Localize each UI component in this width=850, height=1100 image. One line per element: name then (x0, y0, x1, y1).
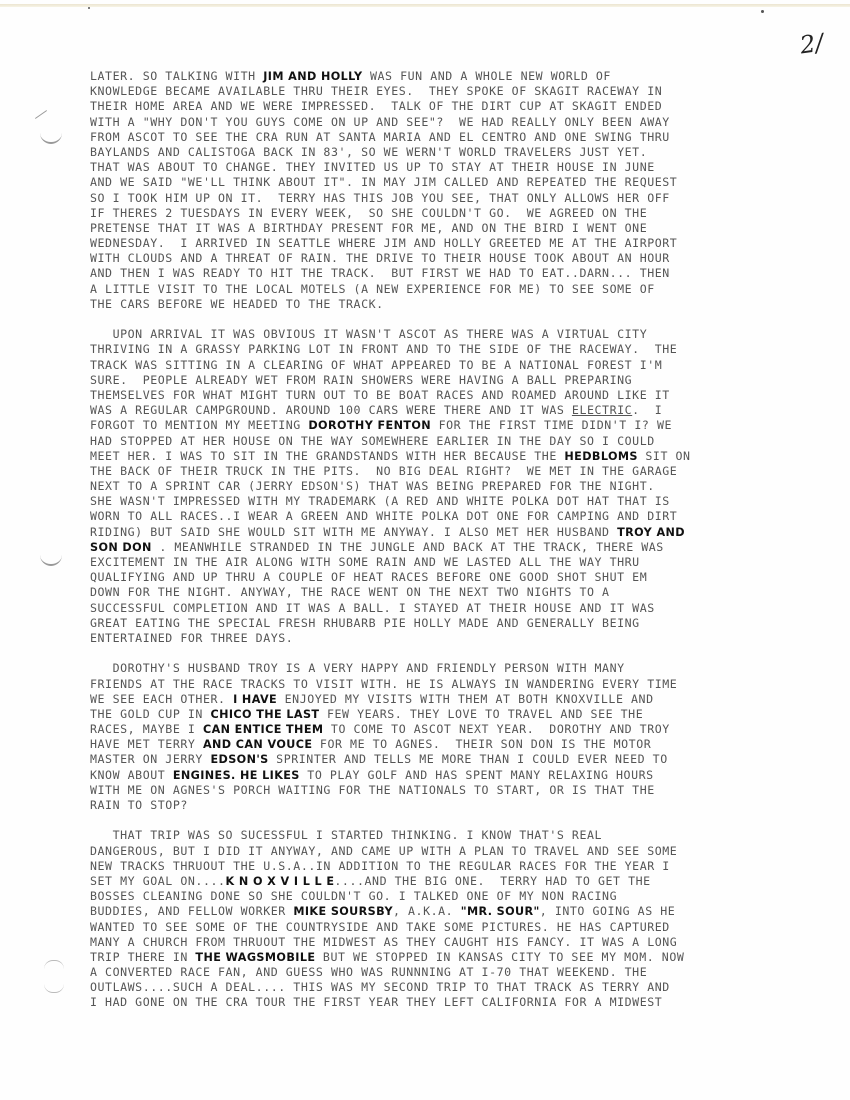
text-line: SO I TOOK HIM UP ON IT. TERRY HAS THIS J… (90, 191, 850, 206)
text-line: SHE WASN'T IMPRESSED WITH MY TRADEMARK (… (90, 494, 850, 509)
text-line: KNOWLEDGE BECAME AVAILABLE THRU THEIR EY… (90, 84, 850, 99)
text-segment: BUT WE STOPPED IN KANSAS CITY TO SEE MY … (315, 950, 684, 964)
text-line: SET MY GOAL ON....K N O X V I L L E....A… (90, 874, 850, 889)
text-line: LATER. SO TALKING WITH JIM AND HOLLY WAS… (90, 69, 850, 84)
margin-arc-mark (40, 554, 62, 566)
text-segment: WITH ME ON AGNES'S PORCH WAITING FOR THE… (90, 783, 655, 797)
text-segment: A CONVERTED RACE FAN, AND GUESS WHO WAS … (90, 965, 647, 979)
text-line: BAYLANDS AND CALISTOGA BACK IN 83', SO W… (90, 145, 850, 160)
text-line: RIDING) BUT SAID SHE WOULD SIT WITH ME A… (90, 525, 850, 540)
text-line: THE GOLD CUP IN CHICO THE LAST FEW YEARS… (90, 707, 850, 722)
text-segment: FOR ME TO AGNES. THEIR SON DON IS THE MO… (312, 737, 651, 751)
bold-text: CHICO THE LAST (210, 708, 319, 721)
margin-arc-mark (44, 984, 64, 993)
text-line: WAS A REGULAR CAMPGROUND. AROUND 100 CAR… (90, 403, 850, 418)
text-segment: FEW YEARS. THEY LOVE TO TRAVEL AND SEE T… (319, 707, 643, 721)
text-segment: WEDNESDAY. I ARRIVED IN SEATTLE WHERE JI… (90, 236, 677, 250)
margin-arc-mark (44, 960, 64, 969)
text-segment: KNOWLEDGE BECAME AVAILABLE THRU THEIR EY… (90, 84, 662, 98)
text-line: WEDNESDAY. I ARRIVED IN SEATTLE WHERE JI… (90, 236, 850, 251)
text-line: DOROTHY'S HUSBAND TROY IS A VERY HAPPY A… (90, 661, 850, 676)
text-segment: BUDDIES, AND FELLOW WORKER (90, 904, 293, 918)
text-line: HAD STOPPED AT HER HOUSE ON THE WAY SOME… (90, 434, 850, 449)
text-line: A CONVERTED RACE FAN, AND GUESS WHO WAS … (90, 965, 850, 980)
text-line: MEET HER. I WAS TO SIT IN THE GRANDSTAND… (90, 449, 850, 464)
text-segment: WITH CLOUDS AND A THREAT OF RAIN. THE DR… (90, 251, 670, 265)
text-line: THEIR HOME AREA AND WE WERE IMPRESSED. T… (90, 99, 850, 114)
text-segment: A LITTLE VISIT TO THE LOCAL MOTELS (A NE… (90, 282, 655, 296)
text-segment: SURE. PEOPLE ALREADY WET FROM RAIN SHOWE… (90, 373, 632, 387)
bold-text: MIKE SOURSBY (293, 905, 393, 918)
text-segment: NEXT TO A SPRINT CAR (JERRY EDSON'S) THA… (90, 479, 655, 493)
text-segment: . I (632, 403, 662, 417)
text-segment: WORN TO ALL RACES..I WEAR A GREEN AND WH… (90, 509, 677, 523)
text-line: A LITTLE VISIT TO THE LOCAL MOTELS (A NE… (90, 282, 850, 297)
text-segment: WAS A REGULAR CAMPGROUND. AROUND 100 CAR… (90, 403, 572, 417)
scan-speck (88, 7, 90, 9)
text-line: NEW TRACKS THRUOUT THE U.S.A..IN ADDITIO… (90, 859, 850, 874)
text-segment: BAYLANDS AND CALISTOGA BACK IN 83', SO W… (90, 145, 647, 159)
text-line: DANGEROUS, BUT I DID IT ANYWAY, AND CAME… (90, 844, 850, 859)
text-line: FROM ASCOT TO SEE THE CRA RUN AT SANTA M… (90, 130, 850, 145)
text-line: AND THEN I WAS READY TO HIT THE TRACK. B… (90, 266, 850, 281)
text-line: SUCCESSFUL COMPLETION AND IT WAS A BALL.… (90, 601, 850, 616)
text-segment: THE CARS BEFORE WE HEADED TO THE TRACK. (90, 297, 384, 311)
text-segment: TRIP THERE IN (90, 950, 195, 964)
text-line: THE BACK OF THEIR TRUCK IN THE PITS. NO … (90, 464, 850, 479)
text-segment: AND THEN I WAS READY TO HIT THE TRACK. B… (90, 266, 670, 280)
bold-text: I HAVE (233, 693, 277, 706)
text-segment: THAT TRIP WAS SO SUCESSFUL I STARTED THI… (90, 828, 602, 842)
text-segment: DOWN FOR THE NIGHT. ANYWAY, THE RACE WEN… (90, 585, 610, 599)
text-segment: WE SEE EACH OTHER. (90, 692, 233, 706)
text-line: UPON ARRIVAL IT WAS OBVIOUS IT WASN'T AS… (90, 327, 850, 342)
text-line: WANTED TO SEE SOME OF THE COUNTRYSIDE AN… (90, 920, 850, 935)
text-line: BUDDIES, AND FELLOW WORKER MIKE SOURSBY,… (90, 904, 850, 919)
text-line: MANY A CHURCH FROM THRUOUT THE MIDWEST A… (90, 935, 850, 950)
text-line: WITH A "WHY DON'T YOU GUYS COME ON UP AN… (90, 115, 850, 130)
bold-text: ENGINES. HE LIKES (173, 769, 300, 782)
text-line: PRETENSE THAT IT WAS A BIRTHDAY PRESENT … (90, 221, 850, 236)
text-line: IF THERES 2 TUESDAYS IN EVERY WEEK, SO S… (90, 206, 850, 221)
bold-text: THE WAGSMOBILE (195, 951, 315, 964)
text-segment: RAIN TO STOP? (90, 798, 188, 812)
underlined-text: ELECTRIC (572, 403, 632, 417)
text-line: AND WE SAID "WE'LL THINK ABOUT IT". IN M… (90, 175, 850, 190)
paragraph: LATER. SO TALKING WITH JIM AND HOLLY WAS… (90, 69, 850, 312)
text-segment: MASTER ON JERRY (90, 752, 210, 766)
bold-text: HEDBLOMS (564, 450, 637, 463)
text-line: OUTLAWS....SUCH A DEAL.... THIS WAS MY S… (90, 980, 850, 995)
text-line: THRIVING IN A GRASSY PARKING LOT IN FRON… (90, 342, 850, 357)
text-segment: WITH A "WHY DON'T YOU GUYS COME ON UP AN… (90, 115, 670, 129)
text-line: SURE. PEOPLE ALREADY WET FROM RAIN SHOWE… (90, 373, 850, 388)
text-line: TRACK WAS SITTING IN A CLEARING OF WHAT … (90, 358, 850, 373)
text-line: THE CARS BEFORE WE HEADED TO THE TRACK. (90, 297, 850, 312)
text-segment: TRACK WAS SITTING IN A CLEARING OF WHAT … (90, 358, 662, 372)
text-segment: GREAT EATING THE SPECIAL FRESH RHUBARB P… (90, 616, 640, 630)
text-segment: SUCCESSFUL COMPLETION AND IT WAS A BALL.… (90, 601, 655, 615)
text-segment: MEET HER. I WAS TO SIT IN THE GRANDSTAND… (90, 449, 564, 463)
text-line: FRIENDS AT THE RACE TRACKS TO VISIT WITH… (90, 677, 850, 692)
text-segment: NEW TRACKS THRUOUT THE U.S.A..IN ADDITIO… (90, 859, 670, 873)
text-segment: HAD STOPPED AT HER HOUSE ON THE WAY SOME… (90, 434, 655, 448)
text-segment: IF THERES 2 TUESDAYS IN EVERY WEEK, SO S… (90, 206, 647, 220)
text-segment: FOR THE FIRST TIME DIDN'T I? WE (431, 418, 672, 432)
document-page: 2/ LATER. SO TALKING WITH JIM AND HOLLY … (0, 0, 850, 1100)
text-line: NEXT TO A SPRINT CAR (JERRY EDSON'S) THA… (90, 479, 850, 494)
text-segment: TO COME TO ASCOT NEXT YEAR. DOROTHY AND … (323, 722, 669, 736)
text-segment: KNOW ABOUT (90, 768, 173, 782)
bold-text: EDSON'S (210, 753, 268, 766)
bold-text: CAN ENTICE THEM (203, 723, 323, 736)
text-line: BOSSES CLEANING DONE SO SHE COULDN'T GO.… (90, 889, 850, 904)
text-segment: RIDING) BUT SAID SHE WOULD SIT WITH ME A… (90, 525, 617, 539)
text-line: RACES, MAYBE I CAN ENTICE THEM TO COME T… (90, 722, 850, 737)
text-line: I HAD GONE ON THE CRA TOUR THE FIRST YEA… (90, 995, 850, 1010)
text-segment: BOSSES CLEANING DONE SO SHE COULDN'T GO.… (90, 889, 617, 903)
text-line: FORGOT TO MENTION MY MEETING DOROTHY FEN… (90, 418, 850, 433)
text-segment: HAVE MET TERRY (90, 737, 203, 751)
text-segment: ENJOYED MY VISITS WITH THEM AT BOTH KNOX… (277, 692, 654, 706)
typed-body-text: LATER. SO TALKING WITH JIM AND HOLLY WAS… (90, 69, 850, 1011)
bold-text: DOROTHY FENTON (308, 419, 431, 432)
bold-text: AND CAN VOUCE (203, 738, 312, 751)
text-line: HAVE MET TERRY AND CAN VOUCE FOR ME TO A… (90, 737, 850, 752)
text-line: GREAT EATING THE SPECIAL FRESH RHUBARB P… (90, 616, 850, 631)
text-segment: DOROTHY'S HUSBAND TROY IS A VERY HAPPY A… (90, 661, 625, 675)
text-segment: FRIENDS AT THE RACE TRACKS TO VISIT WITH… (90, 677, 677, 691)
text-line: ENTERTAINED FOR THREE DAYS. (90, 631, 850, 646)
text-segment: THEIR HOME AREA AND WE WERE IMPRESSED. T… (90, 99, 662, 113)
text-segment: SO I TOOK HIM UP ON IT. TERRY HAS THIS J… (90, 191, 670, 205)
text-segment: , INTO GOING AS HE (540, 904, 676, 918)
text-line: WITH ME ON AGNES'S PORCH WAITING FOR THE… (90, 783, 850, 798)
text-segment: MANY A CHURCH FROM THRUOUT THE MIDWEST A… (90, 935, 677, 949)
margin-tick-mark (35, 110, 47, 119)
text-line: WE SEE EACH OTHER. I HAVE ENJOYED MY VIS… (90, 692, 850, 707)
page-top-edge (0, 4, 850, 7)
margin-arc-mark (40, 132, 62, 144)
text-segment: RACES, MAYBE I (90, 722, 203, 736)
text-segment: FORGOT TO MENTION MY MEETING (90, 418, 308, 432)
text-segment: SHE WASN'T IMPRESSED WITH MY TRADEMARK (… (90, 494, 670, 508)
text-line: KNOW ABOUT ENGINES. HE LIKES TO PLAY GOL… (90, 768, 850, 783)
page-number: 2/ (798, 29, 825, 60)
text-line: TRIP THERE IN THE WAGSMOBILE BUT WE STOP… (90, 950, 850, 965)
text-segment: SPRINTER AND TELLS ME MORE THAN I COULD … (269, 752, 668, 766)
text-line: RAIN TO STOP? (90, 798, 850, 813)
text-line: DOWN FOR THE NIGHT. ANYWAY, THE RACE WEN… (90, 585, 850, 600)
text-segment: FROM ASCOT TO SEE THE CRA RUN AT SANTA M… (90, 130, 670, 144)
text-segment: ....AND THE BIG ONE. TERRY HAD TO GET TH… (334, 874, 650, 888)
text-segment: LATER. SO TALKING WITH (90, 69, 263, 83)
text-segment: , A.K.A. (393, 904, 461, 918)
text-segment: WAS FUN AND A WHOLE NEW WORLD OF (362, 69, 611, 83)
text-segment: OUTLAWS....SUCH A DEAL.... THIS WAS MY S… (90, 980, 670, 994)
bold-text: SON DON (90, 541, 152, 554)
text-line: WORN TO ALL RACES..I WEAR A GREEN AND WH… (90, 509, 850, 524)
text-segment: WANTED TO SEE SOME OF THE COUNTRYSIDE AN… (90, 920, 670, 934)
text-line: EXCITEMENT IN THE AIR ALONG WITH SOME RA… (90, 555, 850, 570)
text-segment: AND WE SAID "WE'LL THINK ABOUT IT". IN M… (90, 175, 677, 189)
text-segment: THAT WAS ABOUT TO CHANGE. THEY INVITED U… (90, 160, 655, 174)
text-segment: THE BACK OF THEIR TRUCK IN THE PITS. NO … (90, 464, 677, 478)
bold-text: "MR. SOUR" (461, 905, 540, 918)
text-line: WITH CLOUDS AND A THREAT OF RAIN. THE DR… (90, 251, 850, 266)
bold-text: JIM AND HOLLY (263, 70, 362, 83)
bold-text: TROY AND (617, 526, 685, 539)
text-line: THAT WAS ABOUT TO CHANGE. THEY INVITED U… (90, 160, 850, 175)
text-segment: TO PLAY GOLF AND HAS SPENT MANY RELAXING… (300, 768, 654, 782)
text-segment: THEMSELVES FOR WHAT MIGHT TURN OUT TO BE… (90, 388, 670, 402)
text-line: SON DON . MEANWHILE STRANDED IN THE JUNG… (90, 540, 850, 555)
text-segment: PRETENSE THAT IT WAS A BIRTHDAY PRESENT … (90, 221, 647, 235)
text-segment: SET MY GOAL ON.... (90, 874, 226, 888)
text-line: THAT TRIP WAS SO SUCESSFUL I STARTED THI… (90, 828, 850, 843)
text-segment: THRIVING IN A GRASSY PARKING LOT IN FRON… (90, 342, 677, 356)
paragraph: DOROTHY'S HUSBAND TROY IS A VERY HAPPY A… (90, 661, 850, 813)
paragraph: UPON ARRIVAL IT WAS OBVIOUS IT WASN'T AS… (90, 327, 850, 646)
text-line: QUALIFYING AND UP THRU A COUPLE OF HEAT … (90, 570, 850, 585)
text-segment: QUALIFYING AND UP THRU A COUPLE OF HEAT … (90, 570, 647, 584)
text-line: THEMSELVES FOR WHAT MIGHT TURN OUT TO BE… (90, 388, 850, 403)
paragraph: THAT TRIP WAS SO SUCESSFUL I STARTED THI… (90, 828, 850, 1010)
text-segment: I HAD GONE ON THE CRA TOUR THE FIRST YEA… (90, 995, 662, 1009)
text-line: MASTER ON JERRY EDSON'S SPRINTER AND TEL… (90, 752, 850, 767)
text-segment: ENTERTAINED FOR THREE DAYS. (90, 631, 293, 645)
text-segment: THE GOLD CUP IN (90, 707, 210, 721)
text-segment: . MEANWHILE STRANDED IN THE JUNGLE AND B… (152, 540, 664, 554)
text-segment: UPON ARRIVAL IT WAS OBVIOUS IT WASN'T AS… (90, 327, 647, 341)
text-segment: DANGEROUS, BUT I DID IT ANYWAY, AND CAME… (90, 844, 677, 858)
text-segment: EXCITEMENT IN THE AIR ALONG WITH SOME RA… (90, 555, 640, 569)
text-segment: SIT ON (638, 449, 691, 463)
scan-speck (761, 10, 764, 13)
bold-text: K N O X V I L L E (226, 875, 335, 888)
